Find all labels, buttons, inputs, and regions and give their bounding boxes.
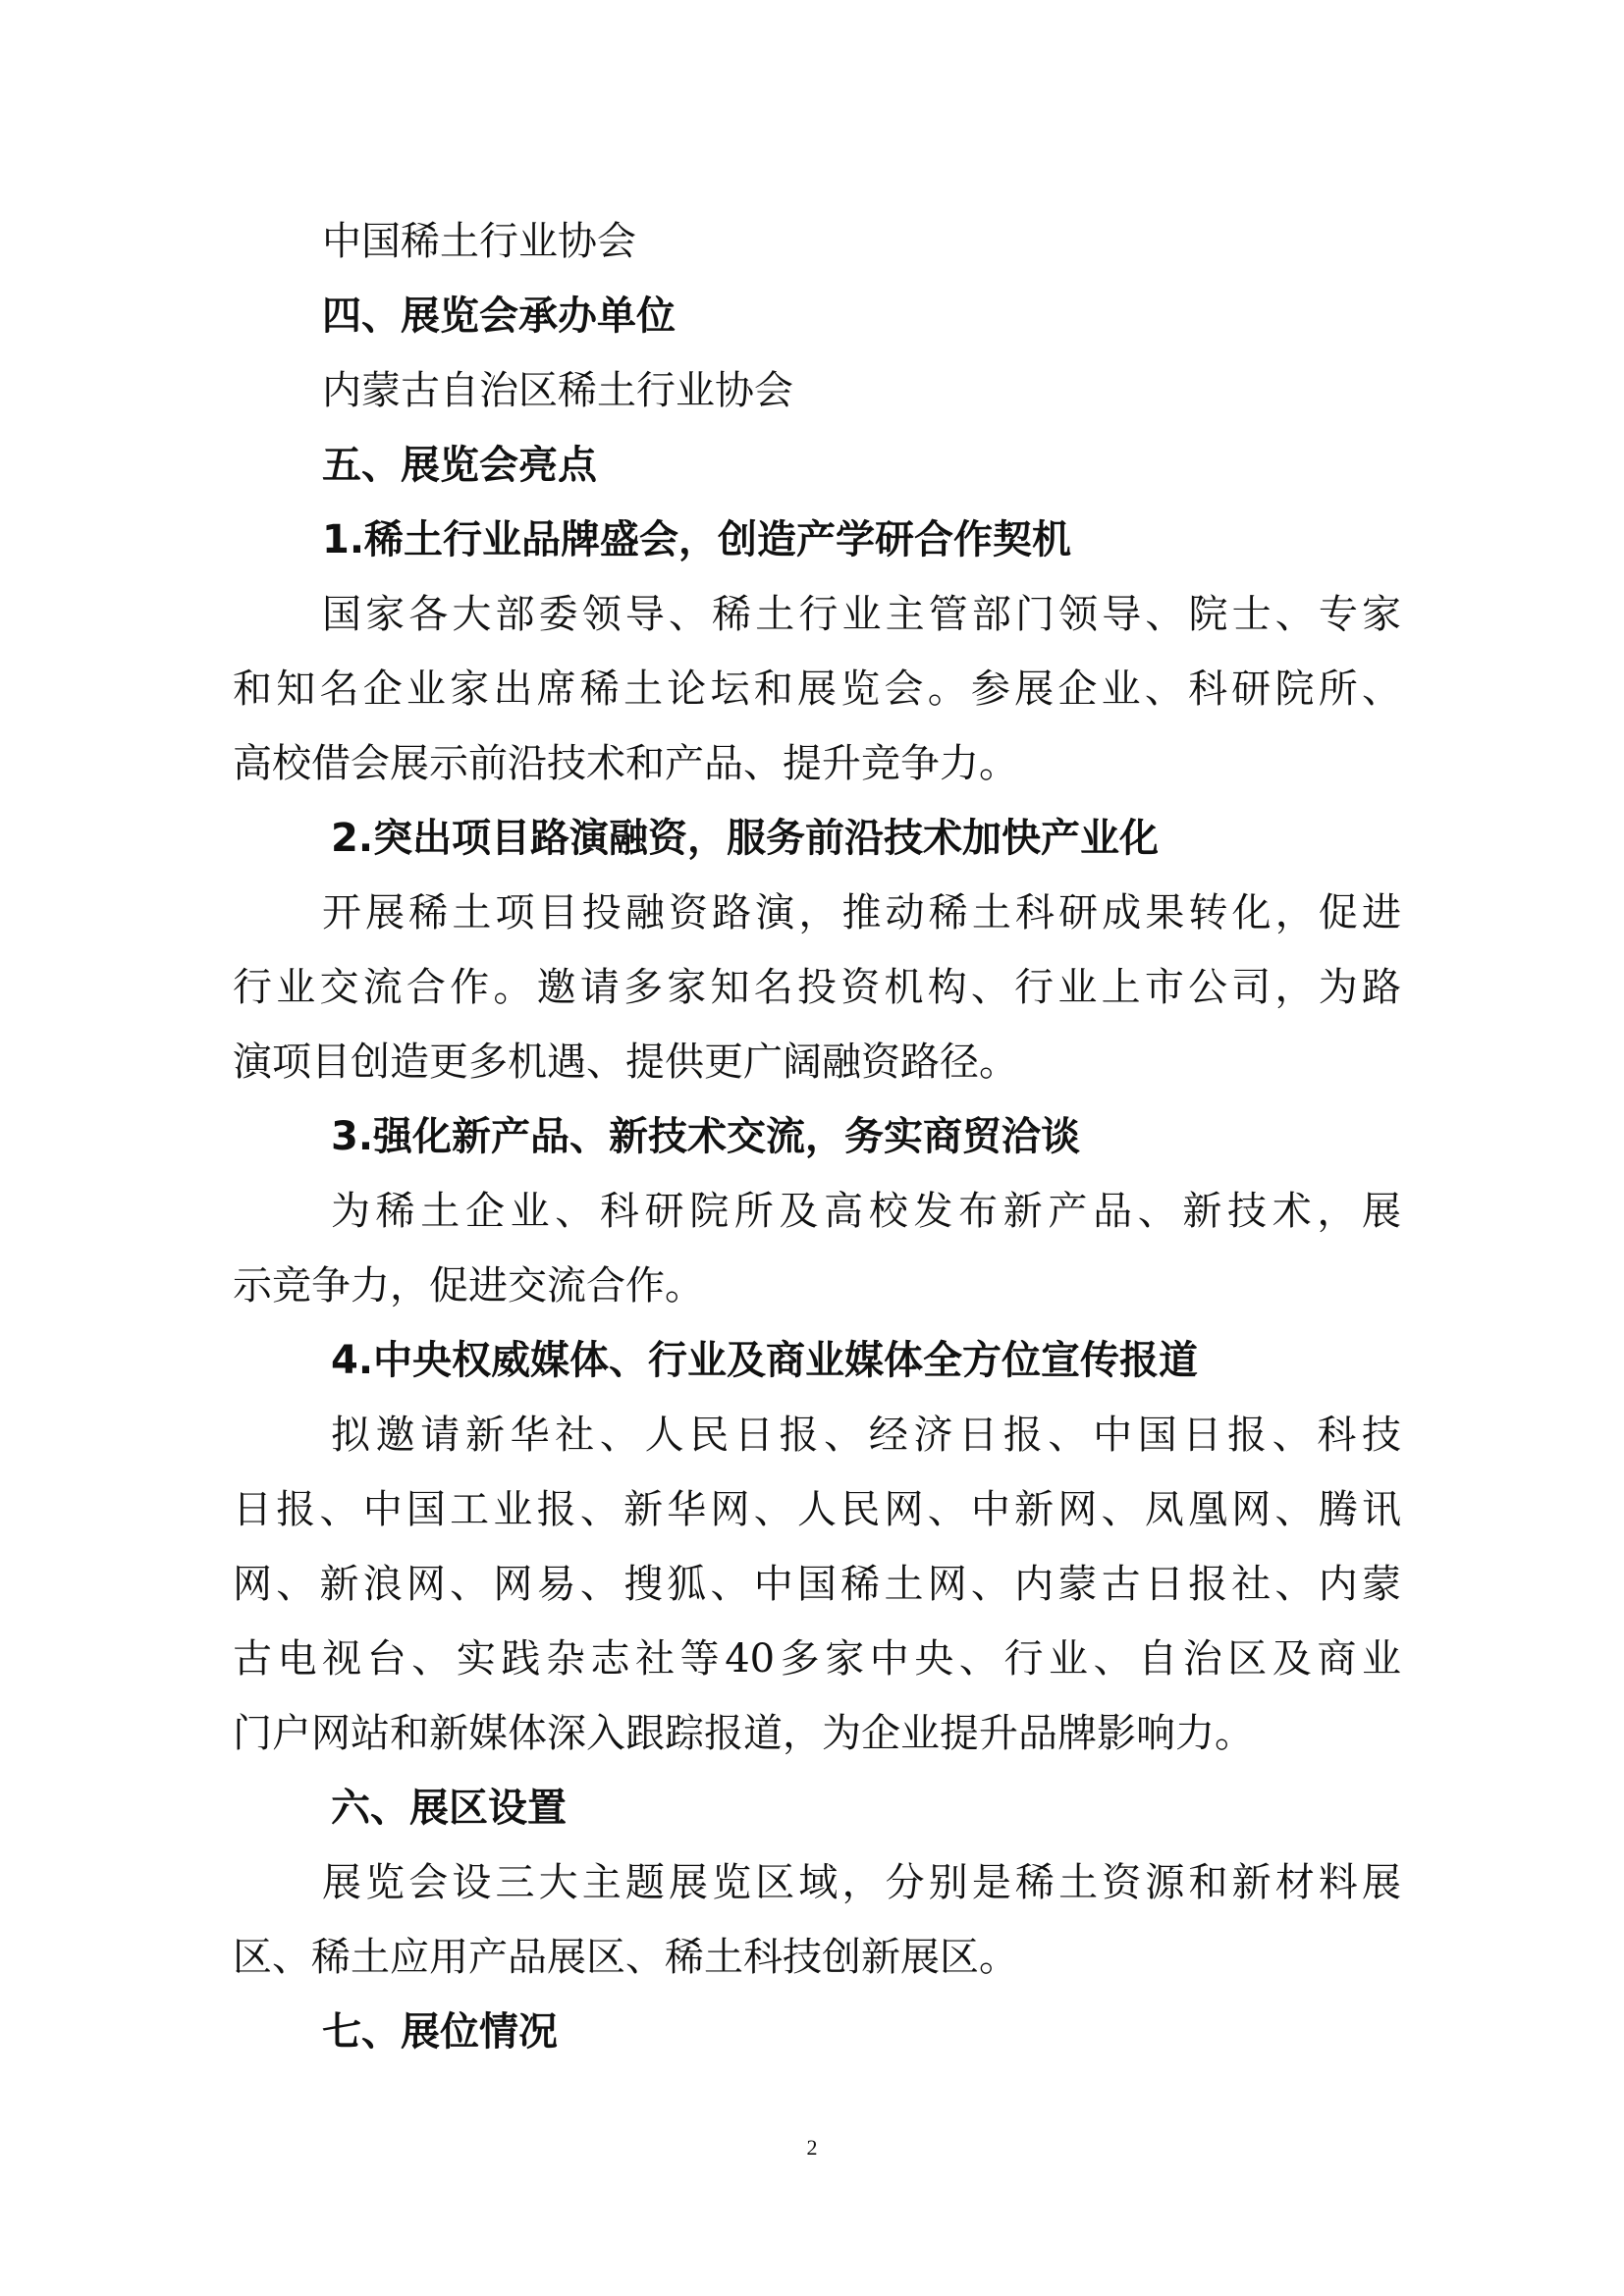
section-5-heading: 五、展览会亮点 bbox=[322, 442, 1401, 489]
highlight-4-heading: 4.中央权威媒体、行业及商业媒体全方位宣传报道 bbox=[331, 1337, 1401, 1384]
section-6-heading: 六、展区设置 bbox=[331, 1785, 1401, 1832]
highlight-4-body-3: 网、新浪网、网易、搜狐、中国稀土网、内蒙古日报社、内蒙 bbox=[233, 1561, 1401, 1608]
highlight-2-heading: 2.突出项目路演融资，服务前沿技术加快产业化 bbox=[331, 815, 1401, 862]
highlight-4-body-5: 门户网站和新媒体深入跟踪报道，为企业提升品牌影响力。 bbox=[233, 1710, 1401, 1757]
section-4-heading: 四、展览会承办单位 bbox=[322, 293, 1401, 340]
highlight-4-body-2: 日报、中国工业报、新华网、人民网、中新网、凤凰网、腾讯 bbox=[233, 1486, 1401, 1533]
section-6-body-1: 展览会设三大主题展览区域，分别是稀土资源和新材料展 bbox=[322, 1859, 1401, 1906]
highlight-4-body-1: 拟邀请新华社、人民日报、经济日报、中国日报、科技 bbox=[331, 1412, 1401, 1459]
highlight-3-body-1: 为稀土企业、科研院所及高校发布新产品、新技术，展 bbox=[331, 1188, 1401, 1235]
highlight-2-body-3: 演项目创造更多机遇、提供更广阔融资路径。 bbox=[233, 1039, 1401, 1086]
highlight-3-heading: 3.强化新产品、新技术交流，务实商贸洽谈 bbox=[331, 1113, 1401, 1160]
highlight-4-body-4: 古电视台、实践杂志社等40多家中央、行业、自治区及商业 bbox=[233, 1635, 1401, 1682]
highlight-2-body-2: 行业交流合作。邀请多家知名投资机构、行业上市公司，为路 bbox=[233, 964, 1401, 1011]
highlight-1-body-1: 国家各大部委领导、稀土行业主管部门领导、院士、专家 bbox=[322, 591, 1401, 638]
highlight-1-heading: 1.稀土行业品牌盛会，创造产学研合作契机 bbox=[322, 516, 1401, 563]
section-6-body-2: 区、稀土应用产品展区、稀土科技创新展区。 bbox=[233, 1934, 1401, 1981]
section-7-heading: 七、展位情况 bbox=[322, 2008, 1401, 2056]
org-line: 中国稀土行业协会 bbox=[322, 218, 1401, 265]
highlight-2-body-1: 开展稀土项目投融资路演，推动稀土科研成果转化，促进 bbox=[322, 889, 1401, 936]
highlight-3-body-2: 示竞争力，促进交流合作。 bbox=[233, 1262, 1401, 1309]
highlight-1-body-2: 和知名企业家出席稀土论坛和展览会。参展企业、科研院所、 bbox=[233, 666, 1401, 713]
section-4-body: 内蒙古自治区稀土行业协会 bbox=[322, 367, 1401, 414]
document-page: 中国稀土行业协会四、展览会承办单位内蒙古自治区稀土行业协会五、展览会亮点1.稀土… bbox=[0, 0, 1624, 2296]
highlight-1-body-3: 高校借会展示前沿技术和产品、提升竞争力。 bbox=[233, 740, 1401, 787]
page-number: 2 bbox=[0, 2135, 1624, 2161]
